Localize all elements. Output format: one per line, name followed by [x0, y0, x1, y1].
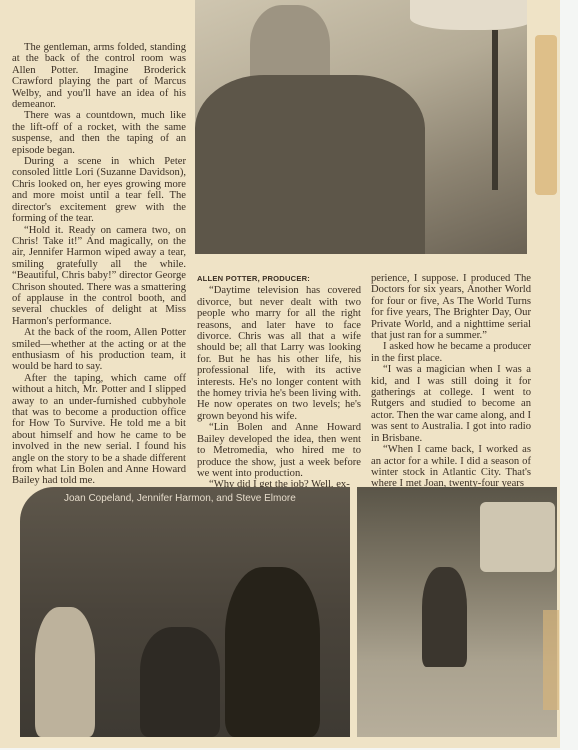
figure-man-right	[225, 567, 320, 737]
photo-cast: Joan Copeland, Jennifer Harmon, and Stev…	[20, 487, 350, 737]
paragraph: “Lin Bolen and Anne Howard Bailey develo…	[197, 422, 361, 479]
car	[480, 502, 555, 572]
figure-child	[422, 567, 467, 667]
tape-stain	[535, 35, 557, 195]
figure-woman-center	[140, 627, 220, 737]
paragraph: During a scene in which Peter consoled l…	[12, 156, 186, 224]
paragraph: After the taping, which came off without…	[12, 373, 186, 487]
paragraph: I asked how he became a producer in the …	[371, 341, 531, 364]
photo-child-running	[357, 487, 557, 737]
tape-stain	[543, 610, 559, 710]
photo-caption: Joan Copeland, Jennifer Harmon, and Stev…	[64, 493, 296, 504]
paragraph: “Daytime television has covered divorce,…	[197, 285, 361, 422]
article-column-1: The gentleman, arms folded, standing at …	[12, 42, 186, 487]
paragraph: “When I came back, I worked as an actor …	[371, 444, 531, 490]
photo-allen-potter	[195, 0, 527, 254]
lamp-shade	[410, 0, 527, 30]
article-column-2: ALLEN POTTER, PRODUCER: “Daytime televis…	[197, 273, 361, 491]
paragraph: perience, I suppose. I produced The Doct…	[371, 273, 531, 341]
paragraph: “I was a magician when I was a kid, and …	[371, 364, 531, 444]
figure-jacket	[195, 75, 425, 254]
section-heading: ALLEN POTTER, PRODUCER:	[197, 273, 361, 284]
figure-woman-left	[35, 607, 95, 737]
paragraph: At the back of the room, Allen Potter sm…	[12, 327, 186, 373]
paragraph: There was a countdown, much like the lif…	[12, 110, 186, 156]
magazine-page: The gentleman, arms folded, standing at …	[0, 0, 560, 748]
paragraph: “Hold it. Ready on camera two, on Chris!…	[12, 225, 186, 328]
paragraph: The gentleman, arms folded, standing at …	[12, 42, 186, 110]
lamp-stem	[492, 30, 498, 190]
article-column-3: perience, I suppose. I produced The Doct…	[371, 273, 531, 490]
